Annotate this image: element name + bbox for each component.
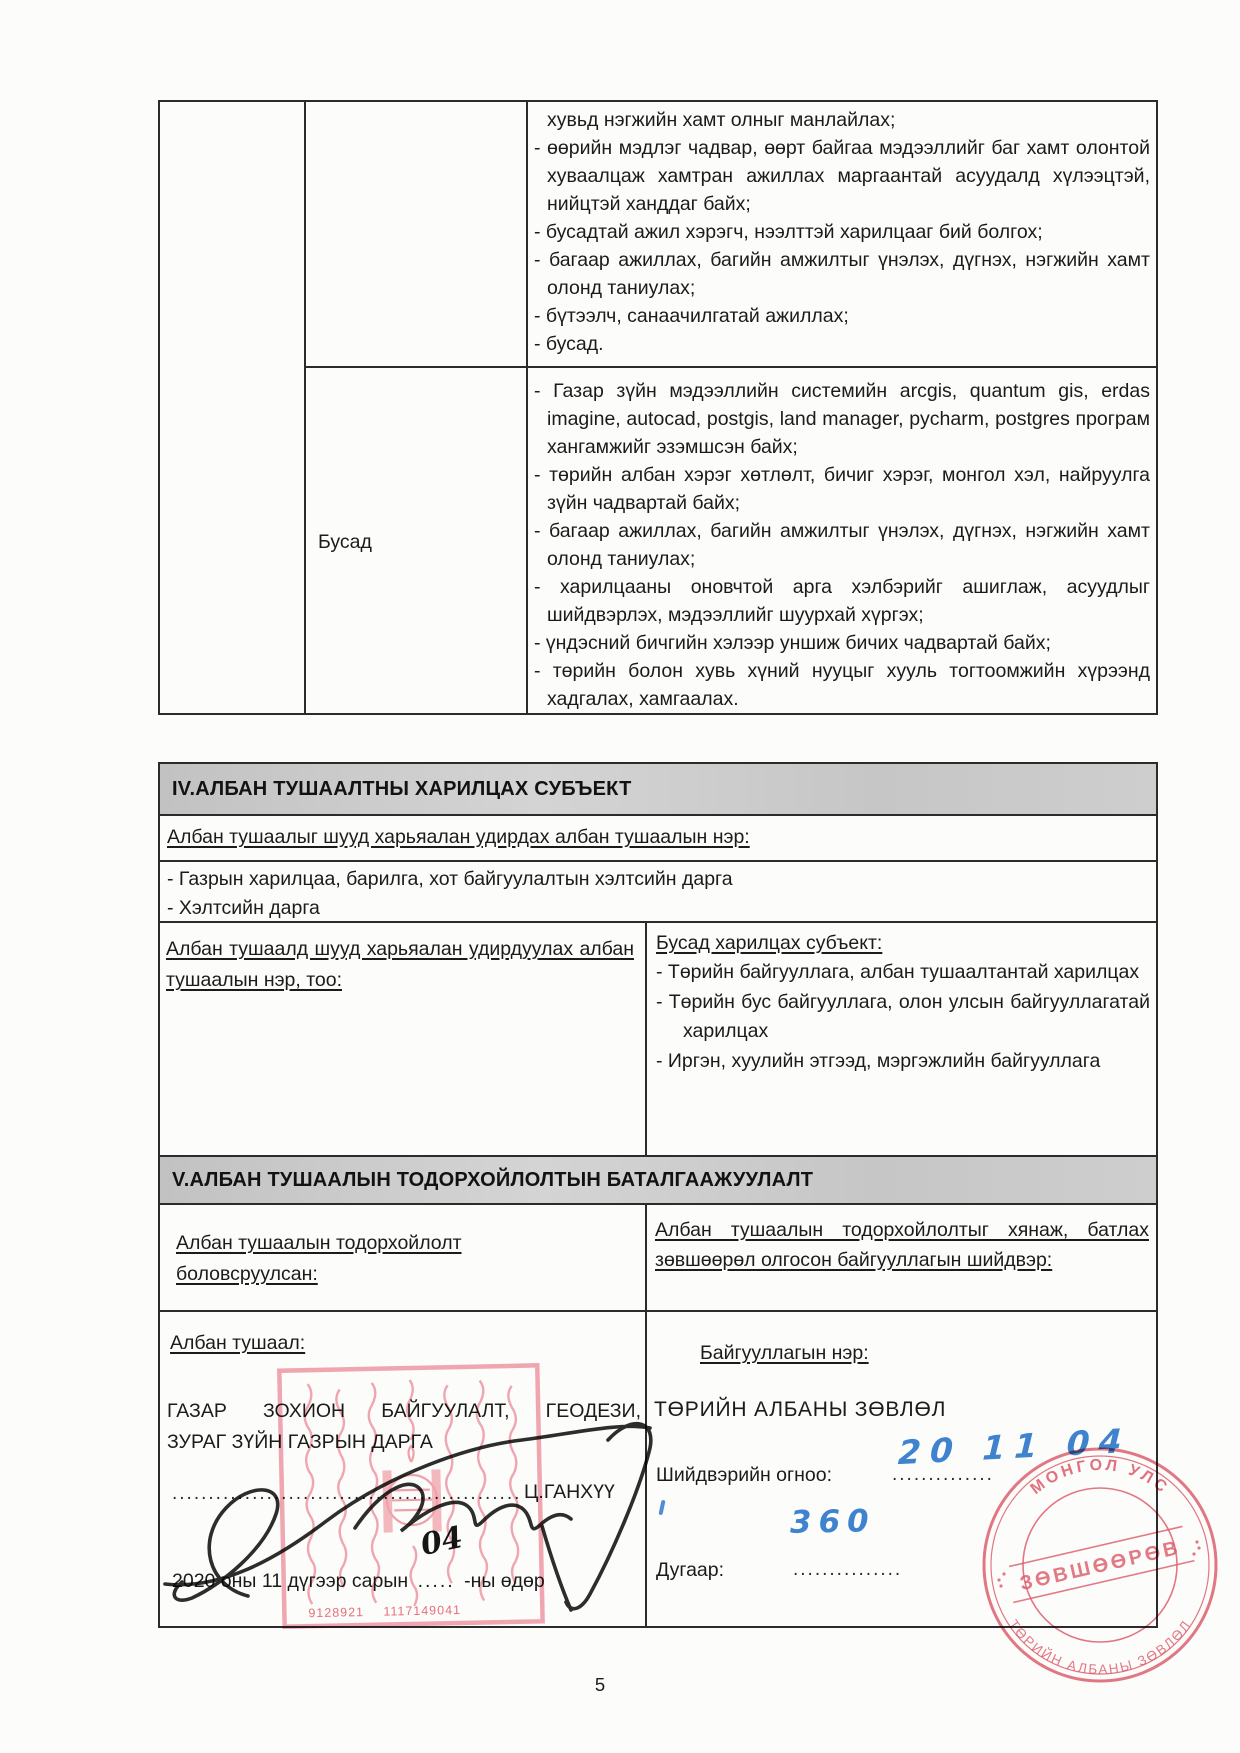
t1-row1-list: хувьд нэгжийн хамт олныг манлайлах; - өө… — [534, 106, 1150, 358]
t1-border-left — [158, 100, 160, 715]
svg-text:МОНГОЛ УЛС: МОНГОЛ УЛС — [1028, 1457, 1173, 1498]
list-item: - харилцааны оновчтой арга хэлбэрийг аши… — [534, 573, 1150, 629]
list-item: - бусад. — [534, 330, 1150, 358]
list-item: - багаар ажиллах, багийн амжилтыг үнэлэх… — [534, 517, 1150, 573]
signature-ink — [150, 1398, 730, 1628]
list-item: - бусадтай ажил хэрэгч, нээлттэй харилца… — [534, 218, 1150, 246]
t1-row2-list: - Газар зүйн мэдээллийн системийн arcgis… — [534, 377, 1150, 713]
document-page: хувьд нэгжийн хамт олныг манлайлах; - өө… — [0, 0, 1240, 1753]
section5-header-bar: V.АЛБАН ТУШААЛЫН ТОДОРХОЙЛОЛТЫН БАТАЛГАА… — [160, 1157, 1156, 1203]
s5-developed-by-label: Албан тушаалын тодорхойлолт боловсруулса… — [176, 1228, 496, 1290]
section4-header-bar: IV.АЛБАН ТУШААЛТНЫ ХАРИЛЦАХ СУБЪЕКТ — [160, 764, 1156, 814]
section4-title: IV.АЛБАН ТУШААЛТНЫ ХАРИЛЦАХ СУБЪЕКТ — [172, 778, 631, 801]
list-item: - Газрын харилцаа, барилга, хот байгуула… — [167, 865, 1007, 894]
s4-border-right — [1156, 762, 1158, 1157]
t1-col-divider-2 — [526, 100, 528, 715]
list-item: - бүтээлч, санаачилгатай ажиллах; — [534, 302, 1150, 330]
s4-line — [158, 814, 1158, 816]
s4-direct-manager-list: - Газрын харилцаа, барилга, хот байгуула… — [167, 865, 1007, 923]
list-item: - үндэсний бичгийн хэлээр уншиж бичих ча… — [534, 629, 1150, 657]
list-item: хувьд нэгжийн хамт олныг манлайлах; — [534, 106, 1150, 134]
s4-other-subjects-list: - Төрийн байгууллага, албан тушаалтантай… — [656, 958, 1150, 1076]
s5-org-name-label: Байгууллагын нэр: — [700, 1339, 869, 1367]
t1-border-top — [158, 100, 1158, 102]
svg-text:ТӨРИЙН АЛБАНЫ ЗӨВЛӨЛ: ТӨРИЙН АЛБАНЫ ЗӨВЛӨЛ — [1006, 1617, 1195, 1677]
page-number: 5 — [560, 1674, 640, 1696]
s5-position-label: Албан тушаал: — [170, 1329, 305, 1357]
list-item: - Хэлтсийн дарга — [167, 894, 1007, 923]
s4-line — [158, 762, 1158, 764]
list-item: - өөрийн мэдлэг чадвар, өөрт байгаа мэдэ… — [534, 134, 1150, 218]
t1-border-bottom — [158, 713, 1158, 715]
round-stamp-top-text: МОНГОЛ УЛС — [1028, 1457, 1173, 1498]
list-item: - төрийн болон хувь хүний нууцыг хууль т… — [534, 657, 1150, 713]
list-item: - Иргэн, хуулийн этгээд, мэргэжлийн байг… — [656, 1047, 1150, 1077]
s4-border-left — [158, 762, 160, 1157]
t1-border-right — [1156, 100, 1158, 715]
list-item: - Төрийн бус байгууллага, олон улсын бай… — [656, 988, 1150, 1047]
s4-col-divider — [645, 921, 647, 1157]
s4-subordinates-label: Албан тушаалд шууд харьяалан удирдуулах … — [166, 934, 634, 996]
s5-line — [158, 1203, 1158, 1205]
section5-title: V.АЛБАН ТУШААЛЫН ТОДОРХОЙЛОЛТЫН БАТАЛГАА… — [172, 1169, 813, 1192]
round-stamp: МОНГОЛ УЛС ТӨРИЙН АЛБАНЫ ЗӨВЛӨЛ ЗӨВШӨӨРӨ… — [963, 1428, 1237, 1702]
t1-col-divider-1 — [304, 100, 306, 715]
number-dots: ............... — [793, 1556, 905, 1584]
t1-row-divider — [304, 366, 1158, 368]
list-item: - Төрийн байгууллага, албан тушаалтантай… — [656, 958, 1150, 988]
list-item: - Газар зүйн мэдээллийн системийн arcgis… — [534, 377, 1150, 461]
round-stamp-bottom-text: ТӨРИЙН АЛБАНЫ ЗӨВЛӨЛ — [1006, 1617, 1195, 1677]
list-item: - төрийн албан хэрэг хөтлөлт, бичиг хэрэ… — [534, 461, 1150, 517]
s4-other-subjects-label: Бусад харилцах субъект: — [656, 929, 882, 957]
s4-line — [158, 860, 1158, 862]
s5-approved-by-label: Албан тушаалын тодорхойлолтыг хянаж, бат… — [655, 1215, 1149, 1275]
list-item: - багаар ажиллах, багийн амжилтыг үнэлэх… — [534, 246, 1150, 302]
s5-line — [158, 1310, 1158, 1312]
s4-direct-manager-label: Албан тушаалыг шууд харьяалан удирдах ал… — [167, 823, 750, 851]
handwritten-number: 360 — [790, 1503, 876, 1540]
t1-row2-label: Бусад — [318, 528, 372, 556]
